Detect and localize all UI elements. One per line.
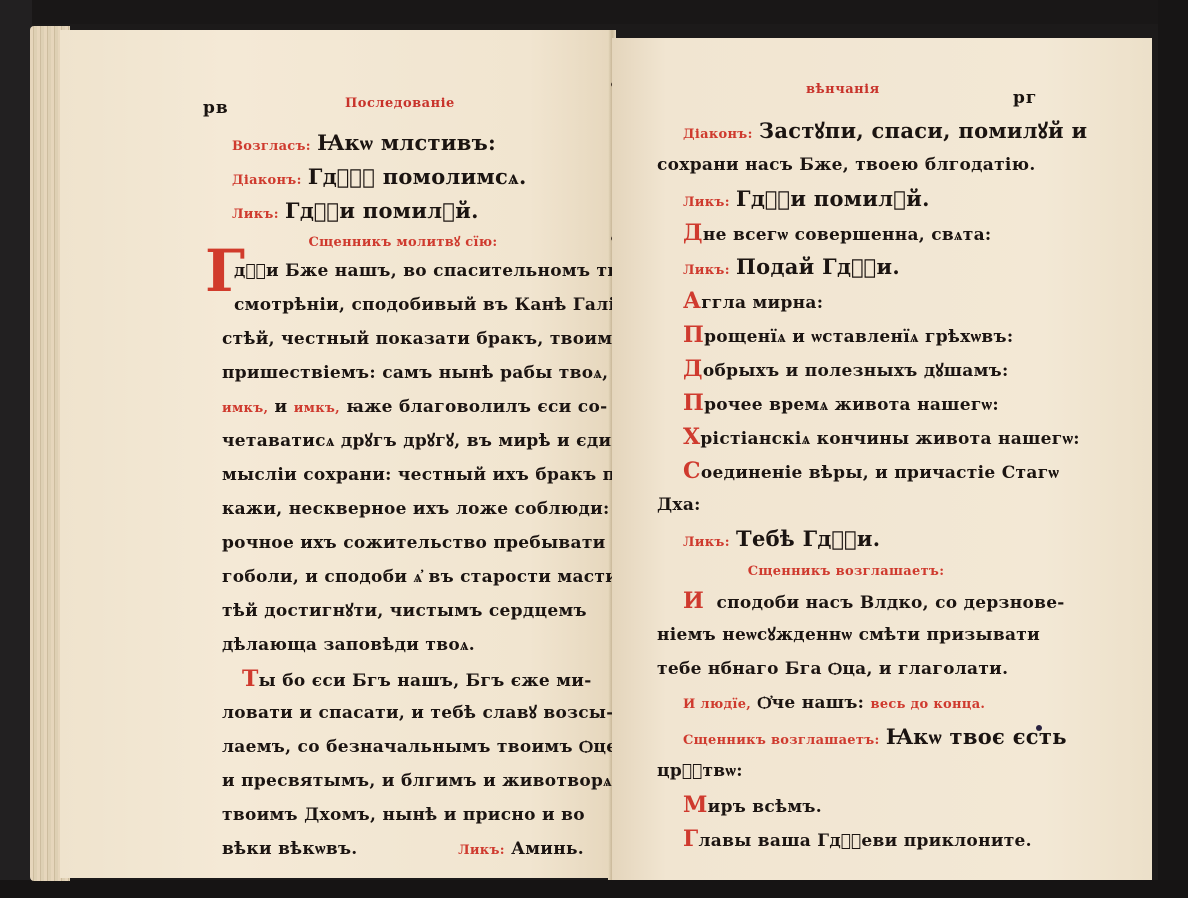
left-running-head: Последованіе xyxy=(345,96,455,111)
right-running-head: вѣнчанія xyxy=(806,82,880,97)
text-line: и пресвятымъ, и блгимъ и животворѧщимъ xyxy=(222,764,584,798)
text-line: Возгласъ: Ꙗкѡ млстивъ: xyxy=(222,126,584,160)
text-line: Аггла мирна: xyxy=(657,284,1035,318)
text-line: Хрістіанскіѧ кончины живота нашегѡ: xyxy=(657,420,1035,454)
text-line: Главы ваша Гдⷭ҇еви приклоните. xyxy=(657,822,1035,856)
text-line: И людїе, Ѻ҆че нашъ: весь до конца. xyxy=(657,686,1035,720)
text-line: тебе нбнаго Бга Ѻца, и глаголати. xyxy=(657,652,1035,686)
text-line: дѣлающа заповѣди твоѧ. xyxy=(222,628,584,662)
text-line: Сщенникъ возглашаетъ: Ꙗкѡ твоє єсть xyxy=(657,720,1035,754)
text-line: пришествіемъ: самъ нынѣ рабы твоѧ, xyxy=(222,356,584,390)
text-line: дⷭ҇и Бже нашъ, во спасительномъ твоемъ xyxy=(222,254,584,288)
rubric-heading: Сщенникъ возглашаетъ: xyxy=(657,556,1035,584)
text-line: Прочее времѧ живота нашегѡ: xyxy=(657,386,1035,420)
text-line: тѣй достигнꙋти, чистымъ сердцемъ xyxy=(222,594,584,628)
text-line: ніемъ неѡсꙋжденнѡ смѣти призывати xyxy=(657,618,1035,652)
text-line: Діаконъ: Гдⷭ҇ꙋ помолимсѧ. xyxy=(222,160,584,194)
text-line: црⷭ҇твѡ: xyxy=(657,754,1035,788)
text-line: рочное ихъ сожительство пребывати бла- xyxy=(222,526,584,560)
book-cover-top xyxy=(0,0,1188,24)
right-text-block: Діаконъ: Застꙋпи, спаси, помилꙋй и сохра… xyxy=(657,114,1035,856)
text-line: четаватисѧ дрꙋгъ дрꙋгꙋ, въ мирѣ и єдино- xyxy=(222,424,584,458)
text-line: И сподоби насъ Влдко, со дерзнове- xyxy=(657,584,1035,618)
text-line: Діаконъ: Застꙋпи, спаси, помилꙋй и xyxy=(657,114,1035,148)
text-line: гоболи, и сподоби ѧ҆ въ старости маститѣ… xyxy=(222,560,584,594)
text-line: Добрыхъ и полезныхъ дꙋшамъ: xyxy=(657,352,1035,386)
book-cover-right xyxy=(1158,0,1188,898)
text-line: Прощенїѧ и ѡставленїѧ грѣхѡвъ: xyxy=(657,318,1035,352)
left-text-block: Возгласъ: Ꙗкѡ млстивъ: Діаконъ: Гдⷭ҇ꙋ по… xyxy=(222,126,584,866)
text-line: кажи, нескверное ихъ ложе соблюди: непо- xyxy=(222,492,584,526)
text-line: стѣй, честный показати бракъ, твоимъ xyxy=(222,322,584,356)
text-line: Миръ всѣмъ. xyxy=(657,788,1035,822)
book-cover-left xyxy=(0,0,32,898)
text-line: имкъ, и имкъ, ꙗже благоволилъ єси со- xyxy=(222,390,584,424)
text-line: Ликъ: Гдⷭ҇и помилꙋй. xyxy=(222,194,584,228)
text-line: лаемъ, со безначальнымъ твоимъ Ѻцемъ xyxy=(222,730,584,764)
text-line: мысліи сохрани: честный ихъ бракъ по- xyxy=(222,458,584,492)
text-line: Ликъ: Подай Гдⷭ҇и. xyxy=(657,250,1035,284)
right-folio-number: рг xyxy=(1013,88,1037,108)
text-line: Ликъ: Тебѣ Гдⷭ҇и. xyxy=(657,522,1035,556)
text-line: твоимъ Дхомъ, нынѣ и присно и во xyxy=(222,798,584,832)
text-line: вѣки вѣкѡвъ. Ликъ: Аминь. xyxy=(222,832,584,866)
text-line: смотрѣніи, сподобивый въ Канѣ Галілей- xyxy=(222,288,584,322)
rubric-heading: Сщенникъ молитвꙋ сїю: xyxy=(222,228,584,254)
text-line: Ты бо єси Бгъ нашъ, Бгъ єже ми- xyxy=(222,662,584,696)
text-line: ловати и спасати, и тебѣ славꙋ возсы- xyxy=(222,696,584,730)
left-folio-number: рв xyxy=(203,98,229,118)
text-line: Соединеніе вѣры, и причастіе Стагѡ xyxy=(657,454,1035,488)
text-line: сохрани насъ Бже, твоею блгодатію. xyxy=(657,148,1035,182)
text-line: Дха: xyxy=(657,488,1035,522)
text-line: Дне всегѡ совершенна, свѧта: xyxy=(657,216,1035,250)
text-line: Ликъ: Гдⷭ҇и помилꙋй. xyxy=(657,182,1035,216)
book-cover-bottom xyxy=(0,880,1188,898)
